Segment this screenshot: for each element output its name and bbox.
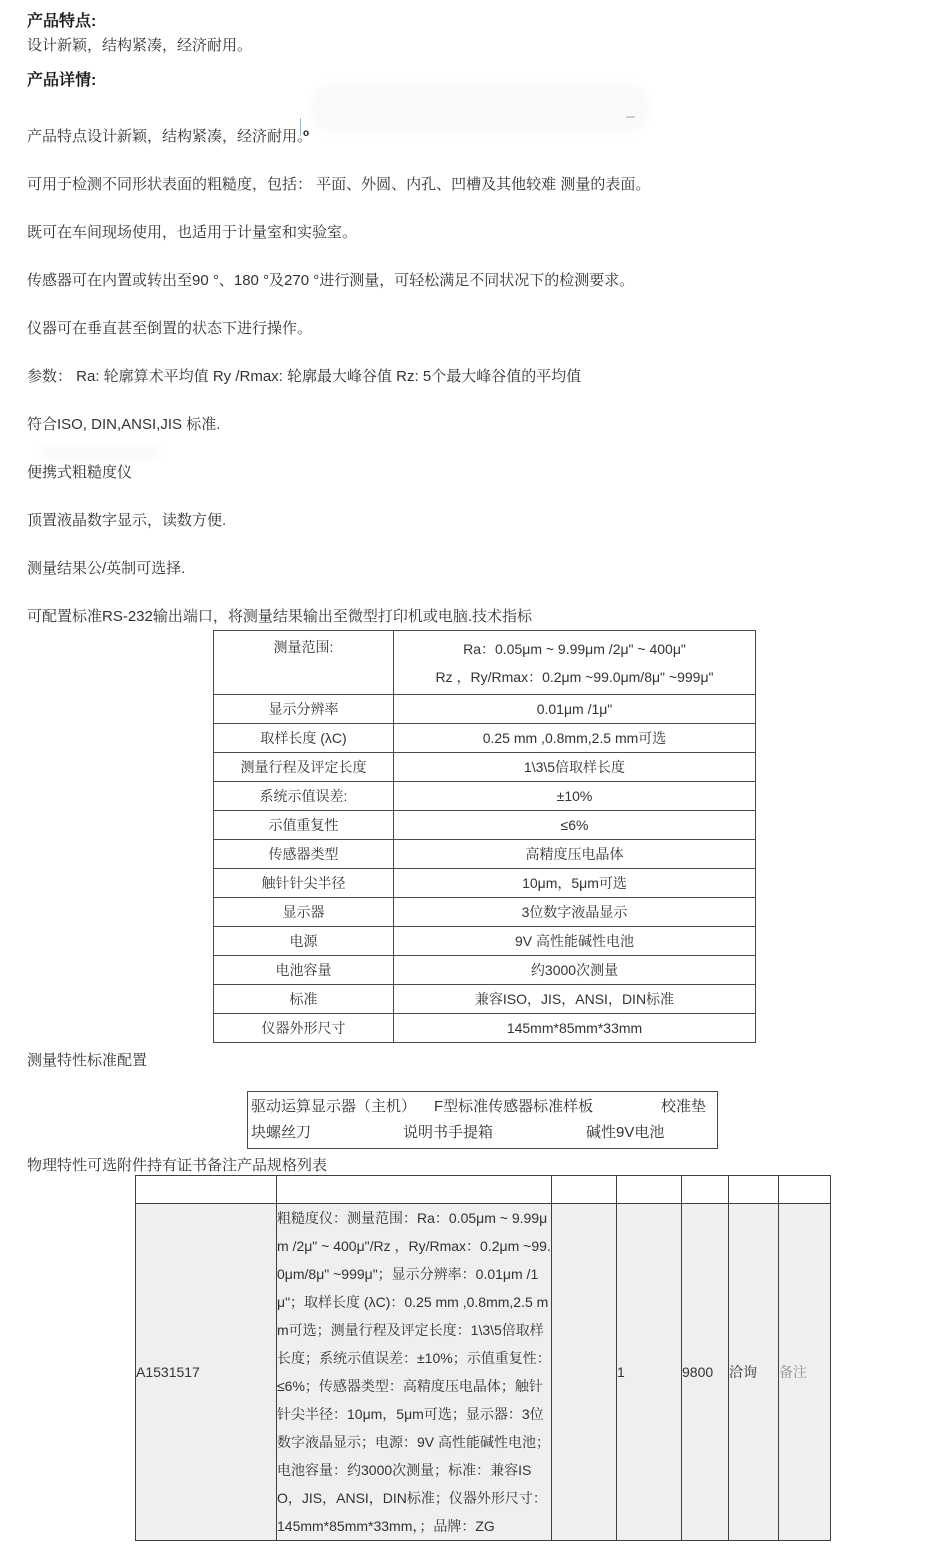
spec-value: 0.01μm /1μ"	[394, 695, 756, 724]
product-remark: 备注	[779, 1204, 831, 1541]
spec-value-line: Ra：0.05μm ~ 9.99μm /2μ" ~ 400μ"	[394, 635, 755, 663]
spec-value: 10μm，5μm可选	[394, 869, 756, 898]
accessory-item: 说明书手提箱	[403, 1120, 586, 1146]
product-table: A1531517 粗糙度仪：测量范围：Ra：0.05μm ~ 9.99μm /2…	[135, 1175, 831, 1541]
spec-value: 145mm*85mm*33mm	[394, 1014, 756, 1043]
header-cell	[136, 1176, 277, 1204]
product-page: { "page": { "features_heading": "产品特点:",…	[0, 0, 934, 1566]
table-row: 测量行程及评定长度1\3\5倍取样长度	[214, 753, 756, 782]
product-price: 9800	[682, 1204, 729, 1541]
spec-value: 约3000次测量	[394, 956, 756, 985]
spec-value: ±10%	[394, 782, 756, 811]
spec-label: 显示器	[214, 898, 394, 927]
header-cell	[552, 1176, 617, 1204]
table-row: 取样长度 (λC)0.25 mm ,0.8mm,2.5 mm可选	[214, 724, 756, 753]
header-cell	[682, 1176, 729, 1204]
spec-value: ≤6%	[394, 811, 756, 840]
spec-value-line: Rz ，Ry/Rmax：0.2μm ~99.0μm/8μ" ~999μ"	[394, 663, 755, 691]
accessory-item: 块螺丝刀	[251, 1120, 403, 1146]
paragraph: 可配置标准RS-232输出端口，将测量结果输出至微型打印机或电脑.技术指标	[27, 607, 934, 626]
table-row: A1531517 粗糙度仪：测量范围：Ra：0.05μm ~ 9.99μm /2…	[136, 1204, 831, 1541]
features-heading: 产品特点:	[27, 12, 934, 32]
paragraph: 仪器可在垂直甚至倒置的状态下进行操作。	[27, 319, 934, 338]
table-row: 电源9V 高性能碱性电池	[214, 927, 756, 956]
table-row: 标准兼容ISO，JIS，ANSI，DIN标准	[214, 985, 756, 1014]
accessory-item: F型标准传感器标准样板	[434, 1094, 661, 1120]
paragraph: 可用于检测不同形状表面的粗糙度，包括： 平面、外圆、内孔、凹槽及其他较难 测量的…	[27, 175, 934, 194]
paragraph: 测量结果公/英制可选择.	[27, 559, 934, 578]
table-row: 测量范围: Ra：0.05μm ~ 9.99μm /2μ" ~ 400μ" Rz…	[214, 631, 756, 695]
accessories-box: 驱动运算显示器（主机） F型标准传感器标准样板 校准垫 块螺丝刀 说明书手提箱 …	[247, 1091, 718, 1149]
paragraph: 便携式粗糙度仪	[27, 463, 934, 482]
table-row: 电池容量约3000次测量	[214, 956, 756, 985]
features-text: 设计新颖，结构紧凑，经济耐用。	[27, 36, 934, 55]
product-quantity: 1	[617, 1204, 682, 1541]
table-row: 系统示值误差:±10%	[214, 782, 756, 811]
config-section-title: 测量特性标准配置	[27, 1051, 934, 1070]
table-row: 显示分辨率0.01μm /1μ"	[214, 695, 756, 724]
product-description: 粗糙度仪：测量范围：Ra：0.05μm ~ 9.99μm /2μ" ~ 400μ…	[277, 1204, 552, 1541]
spec-label: 传感器类型	[214, 840, 394, 869]
table-row: 示值重复性≤6%	[214, 811, 756, 840]
paragraph: 传感器可在内置或转出至90 °、180 °及270 °进行测量，可轻松满足不同状…	[27, 271, 934, 290]
accessory-item: 驱动运算显示器（主机）	[251, 1094, 434, 1120]
spec-label: 电池容量	[214, 956, 394, 985]
spec-value: 0.25 mm ,0.8mm,2.5 mm可选	[394, 724, 756, 753]
header-cell	[277, 1176, 552, 1204]
spec-label: 测量行程及评定长度	[214, 753, 394, 782]
product-list-title: 物理特性可选附件持有证书备注产品规格列表	[27, 1156, 934, 1175]
page-content: 产品特点: 设计新颖，结构紧凑，经济耐用。 产品详情: 产品特点设计新颖，结构紧…	[0, 0, 934, 1541]
spec-value: 3位数字液晶显示	[394, 898, 756, 927]
paragraph: 既可在车间现场使用，也适用于计量室和实验室。	[27, 223, 934, 242]
spec-label: 示值重复性	[214, 811, 394, 840]
spec-label: 电源	[214, 927, 394, 956]
spec-label: 取样长度 (λC)	[214, 724, 394, 753]
accessories-line: 块螺丝刀 说明书手提箱 碱性9V电池	[251, 1120, 717, 1146]
accessory-item: 碱性9V电池	[586, 1120, 664, 1146]
paragraph: 顶置液晶数字显示，读数方便.	[27, 511, 934, 530]
paragraph: 参数： Ra: 轮廓算术平均值 Ry /Rmax: 轮廓最大峰谷值 Rz: 5个…	[27, 367, 934, 386]
blank-cell	[552, 1204, 617, 1541]
table-row: 触针针尖半径10μm，5μm可选	[214, 869, 756, 898]
spec-value: 兼容ISO，JIS，ANSI，DIN标准	[394, 985, 756, 1014]
paragraph: 符合ISO, DIN,ANSI,JIS 标准.	[27, 415, 934, 434]
spec-value: Ra：0.05μm ~ 9.99μm /2μ" ~ 400μ" Rz ，Ry/R…	[394, 631, 756, 695]
spec-label: 标准	[214, 985, 394, 1014]
paragraph: 产品特点设计新颖，结构紧凑，经济耐用。	[27, 127, 934, 146]
spec-label: 触针针尖半径	[214, 869, 394, 898]
details-heading: 产品详情:	[27, 71, 934, 91]
spec-label: 显示分辨率	[214, 695, 394, 724]
spec-value: 9V 高性能碱性电池	[394, 927, 756, 956]
table-row: 传感器类型高精度压电晶体	[214, 840, 756, 869]
header-cell	[617, 1176, 682, 1204]
spec-label: 测量范围:	[214, 631, 394, 695]
accessory-item: 校准垫	[661, 1094, 706, 1120]
accessories-line: 驱动运算显示器（主机） F型标准传感器标准样板 校准垫	[251, 1094, 717, 1120]
product-code: A1531517	[136, 1204, 277, 1541]
spec-table: 测量范围: Ra：0.05μm ~ 9.99μm /2μ" ~ 400μ" Rz…	[213, 630, 756, 1043]
table-row: 显示器3位数字液晶显示	[214, 898, 756, 927]
header-cell	[729, 1176, 779, 1204]
table-row: 仪器外形尺寸145mm*85mm*33mm	[214, 1014, 756, 1043]
header-cell	[779, 1176, 831, 1204]
spec-value: 高精度压电晶体	[394, 840, 756, 869]
product-table-header-row	[136, 1176, 831, 1204]
spec-label: 系统示值误差:	[214, 782, 394, 811]
product-inquiry: 洽询	[729, 1204, 779, 1541]
spec-value: 1\3\5倍取样长度	[394, 753, 756, 782]
spec-label: 仪器外形尺寸	[214, 1014, 394, 1043]
